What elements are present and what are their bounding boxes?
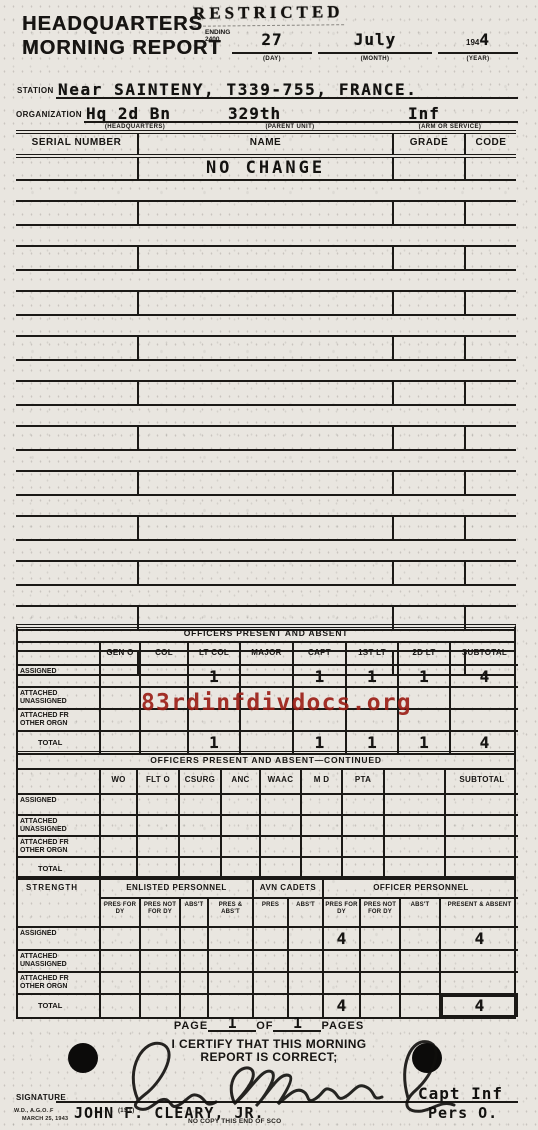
cell: [137, 337, 392, 359]
cell: [399, 926, 439, 949]
form-title-line2: MORNING REPORT: [22, 37, 222, 60]
cell: [239, 664, 292, 686]
cell: 4: [322, 993, 359, 1017]
roster-header-row: SERIAL NUMBER NAME GRADE CODE: [16, 130, 516, 158]
cell: [179, 949, 207, 971]
cell: [359, 949, 399, 971]
group-avn-cadets: AVN CADETS: [252, 880, 322, 897]
cell: [464, 158, 516, 179]
cell: [252, 971, 287, 993]
day-field: 27: [232, 30, 312, 54]
col-lt-col: LT COL: [187, 643, 239, 664]
cell: [341, 793, 383, 814]
page-number: 1: [208, 1016, 256, 1032]
cell: [259, 835, 300, 856]
cell: [252, 993, 287, 1017]
cell: [392, 292, 464, 314]
strength-table: STRENGTH ENLISTED PERSONNEL AVN CADETS O…: [16, 876, 516, 1019]
cell: [99, 835, 136, 856]
cell: [139, 664, 187, 686]
col-major: MAJOR: [239, 643, 292, 664]
col-flt-o: FLT O: [136, 770, 178, 793]
cell: [99, 664, 139, 686]
col-waac: WAAC: [259, 770, 300, 793]
subcol: PRESENT & ABSENT: [439, 897, 518, 926]
form-reference-1: W.D., A.G.O. F: [14, 1108, 54, 1114]
cell: [99, 993, 139, 1017]
subcol: PRES NOT FOR DY: [139, 897, 179, 926]
col-csurg: CSURG: [178, 770, 220, 793]
cell: 1: [397, 664, 449, 686]
roster-empty-row: [16, 200, 516, 226]
cell: [464, 427, 516, 449]
watermark: 83rdinfdivdocs.org: [141, 690, 412, 716]
col-wo: WO: [99, 770, 136, 793]
cell: [139, 730, 187, 753]
cell: [16, 158, 137, 179]
cell: 4: [439, 926, 518, 949]
cell: [341, 814, 383, 835]
cell: [392, 382, 464, 404]
roster-empty-row: [16, 290, 516, 316]
cell: [464, 562, 516, 584]
cell: [136, 814, 178, 835]
officers-continued-section: OFFICERS PRESENT AND ABSENT—CONTINUED WO…: [16, 751, 516, 879]
station-label: STATION: [17, 86, 54, 95]
row-label: ASSIGNED: [18, 926, 99, 949]
cell: [220, 835, 259, 856]
col-gen-o: GEN O: [99, 643, 139, 664]
col-code: CODE: [464, 134, 516, 154]
cell: [300, 835, 341, 856]
col-subtotal: SUBTOTAL: [444, 770, 518, 793]
officers-title: OFFICERS PRESENT AND ABSENT: [16, 624, 516, 641]
cell: [220, 814, 259, 835]
cell: [18, 643, 99, 664]
organization-label: ORGANIZATION: [16, 110, 82, 119]
cell: [392, 517, 464, 539]
cell: [16, 427, 137, 449]
cell: [220, 793, 259, 814]
cell: [439, 971, 518, 993]
cell: [392, 337, 464, 359]
cell: 1: [397, 730, 449, 753]
cell: [178, 856, 220, 877]
roster-table: SERIAL NUMBER NAME GRADE CODE NO CHANGE: [16, 130, 516, 676]
cell: [399, 971, 439, 993]
group-officer: OFFICER PERSONNEL: [322, 880, 518, 897]
cell: 4: [439, 993, 518, 1017]
subcol: ABS'T: [287, 897, 322, 926]
cell: [322, 949, 359, 971]
cell: [178, 814, 220, 835]
pages-number: 1: [273, 1016, 321, 1032]
cell: [252, 926, 287, 949]
officers-continued-title: OFFICERS PRESENT AND ABSENT—CONTINUED: [16, 751, 516, 768]
cell: [287, 971, 322, 993]
cell: [139, 971, 179, 993]
cell: [322, 971, 359, 993]
row-label: ASSIGNED: [18, 793, 99, 814]
year-printed: 194: [466, 38, 479, 47]
month-field: July: [318, 30, 432, 54]
cell: [137, 382, 392, 404]
year-value: 4: [479, 30, 490, 49]
cell: [399, 993, 439, 1017]
col-grade: GRADE: [392, 134, 464, 154]
cell: [139, 993, 179, 1017]
col-serial-number: SERIAL NUMBER: [16, 134, 137, 154]
cell: [99, 971, 139, 993]
cell: 1: [187, 664, 239, 686]
row-label: ATTACHED FR OTHER ORGN: [18, 835, 99, 856]
page-line: PAGE 1 OF 1 PAGES: [0, 1016, 538, 1032]
cell: [464, 472, 516, 494]
row-label-total: TOTAL: [18, 856, 99, 877]
cell: [464, 337, 516, 359]
day-label: (DAY): [232, 56, 312, 62]
cell: 4: [322, 926, 359, 949]
cell: [383, 856, 444, 877]
cell: [341, 856, 383, 877]
cell: [392, 158, 464, 179]
organization-line: [84, 121, 518, 123]
cell: [179, 971, 207, 993]
col-pta: PTA: [341, 770, 383, 793]
cell: [359, 926, 399, 949]
col-col: COL: [139, 643, 187, 664]
cell: [252, 949, 287, 971]
row-label: ATTACHED FR OTHER ORGN: [18, 708, 99, 730]
cell: [18, 770, 99, 793]
row-label: ATTACHED FR OTHER ORGN: [18, 971, 99, 993]
cell: [464, 247, 516, 269]
subcol: PRES NOT FOR DY: [359, 897, 399, 926]
cell: [464, 202, 516, 224]
cell: [178, 835, 220, 856]
cell: [139, 949, 179, 971]
page-word: PAGE: [174, 1020, 208, 1032]
cell: [137, 562, 392, 584]
cell: [392, 247, 464, 269]
cell: [16, 562, 137, 584]
row-label: ATTACHED UNASSIGNED: [18, 949, 99, 971]
cell: [259, 814, 300, 835]
cell: [300, 814, 341, 835]
cell: [16, 517, 137, 539]
subcol: PRES: [252, 897, 287, 926]
cell: [136, 835, 178, 856]
cell: [287, 949, 322, 971]
row-label-total: TOTAL: [18, 993, 99, 1017]
year-field: 1944: [438, 30, 518, 54]
cell: [137, 247, 392, 269]
cell: [239, 730, 292, 753]
cell: [137, 292, 392, 314]
punch-hole-left: [68, 1043, 98, 1073]
year-label: (YEAR): [438, 56, 518, 62]
col-blank: [383, 770, 444, 793]
cell: [300, 793, 341, 814]
cell: [99, 814, 136, 835]
cell: [136, 793, 178, 814]
cell: [359, 993, 399, 1017]
form-title-line1: HEADQUARTERS: [22, 13, 203, 36]
cell: [207, 949, 252, 971]
row-label: ASSIGNED: [18, 664, 99, 686]
cell: 4: [449, 664, 518, 686]
roster-empty-row: [16, 515, 516, 541]
subcol: ABS'T: [179, 897, 207, 926]
cell: [16, 337, 137, 359]
cell: [359, 971, 399, 993]
strength-label: STRENGTH: [18, 880, 99, 926]
cell: [99, 793, 136, 814]
cell: [137, 517, 392, 539]
cell: [392, 472, 464, 494]
station-line: [56, 97, 518, 99]
cell: [207, 971, 252, 993]
col-subtotal: SUBTOTAL: [449, 643, 518, 664]
subcol: PRES FOR DY: [99, 897, 139, 926]
col-name: NAME: [137, 134, 392, 154]
restricted-stamp: RESTRICTED: [193, 2, 344, 27]
no-change-entry: NO CHANGE: [137, 158, 392, 179]
roster-empty-row: [16, 335, 516, 361]
cell: [287, 926, 322, 949]
cell: [259, 793, 300, 814]
col-2d-lt: 2D LT: [397, 643, 449, 664]
cell: [99, 708, 139, 730]
cell: [136, 856, 178, 877]
cell: [464, 382, 516, 404]
subcol: PRES & ABS'T: [207, 897, 252, 926]
cell: [99, 949, 139, 971]
cell: 1: [292, 730, 345, 753]
cell: [341, 835, 383, 856]
roster-empty-row: [16, 560, 516, 586]
roster-empty-row: [16, 380, 516, 406]
col-anc: ANC: [220, 770, 259, 793]
cell: [99, 730, 139, 753]
cell: [16, 292, 137, 314]
of-word: OF: [256, 1020, 273, 1032]
month-value: July: [354, 30, 397, 49]
col-capt: CAPT: [292, 643, 345, 664]
cell: 1: [187, 730, 239, 753]
officers-continued-table: WO FLT O CSURG ANC WAAC M D PTA SUBTOTAL…: [16, 768, 516, 879]
cell: [444, 856, 518, 877]
cell: [449, 708, 518, 730]
cell: [444, 814, 518, 835]
subcol: ABS'T: [399, 897, 439, 926]
cell: [220, 856, 259, 877]
cell: [207, 926, 252, 949]
row-label: ATTACHED UNASSIGNED: [18, 686, 99, 708]
cell: [300, 856, 341, 877]
cell: [464, 517, 516, 539]
cell: [439, 949, 518, 971]
cell: [137, 202, 392, 224]
cell: 1: [345, 730, 397, 753]
cell: [179, 993, 207, 1017]
cell: 1: [292, 664, 345, 686]
morning-report-form: RESTRICTED HEADQUARTERS MORNING REPORT E…: [0, 0, 538, 1130]
cell: [139, 926, 179, 949]
cell: [383, 835, 444, 856]
roster-empty-row: [16, 245, 516, 271]
pages-word: PAGES: [321, 1020, 364, 1032]
subcol: PRES FOR DY: [322, 897, 359, 926]
fine-print-note: NO COPY THIS END OF SCO: [188, 1118, 281, 1125]
cell: [99, 926, 139, 949]
month-label: (MONTH): [318, 56, 432, 62]
cell: [137, 472, 392, 494]
cell: [392, 562, 464, 584]
ending-label: ENDING 2400: [205, 30, 230, 44]
cell: [99, 856, 136, 877]
cell: [383, 814, 444, 835]
row-label: ATTACHED UNASSIGNED: [18, 814, 99, 835]
handwritten-signature: John F Cleary Jr: [110, 1032, 480, 1117]
row-label-total: TOTAL: [18, 730, 99, 753]
cell: [444, 793, 518, 814]
roster-empty-row: [16, 470, 516, 496]
cell: [392, 202, 464, 224]
cell: [383, 793, 444, 814]
cell: 4: [449, 730, 518, 753]
col-1st-lt: 1ST LT: [345, 643, 397, 664]
cell: [399, 949, 439, 971]
cell: [16, 382, 137, 404]
cell: [444, 835, 518, 856]
cell: [137, 427, 392, 449]
group-enlisted: ENLISTED PERSONNEL: [99, 880, 252, 897]
col-md: M D: [300, 770, 341, 793]
cell: [178, 793, 220, 814]
roster-empty-row: [16, 425, 516, 451]
form-reference-2: MARCH 25, 1943: [22, 1116, 68, 1122]
roster-entry-row: NO CHANGE: [16, 158, 516, 181]
cell: [99, 686, 139, 708]
strength-section: STRENGTH ENLISTED PERSONNEL AVN CADETS O…: [16, 876, 516, 1019]
day-value: 27: [261, 30, 282, 49]
cell: [259, 856, 300, 877]
ending-time: 2400: [205, 36, 219, 43]
cell: [16, 247, 137, 269]
cell: [464, 292, 516, 314]
cell: 1: [345, 664, 397, 686]
cell: [392, 427, 464, 449]
cell: [16, 202, 137, 224]
cell: [16, 472, 137, 494]
cell: [179, 926, 207, 949]
cell: [449, 686, 518, 708]
